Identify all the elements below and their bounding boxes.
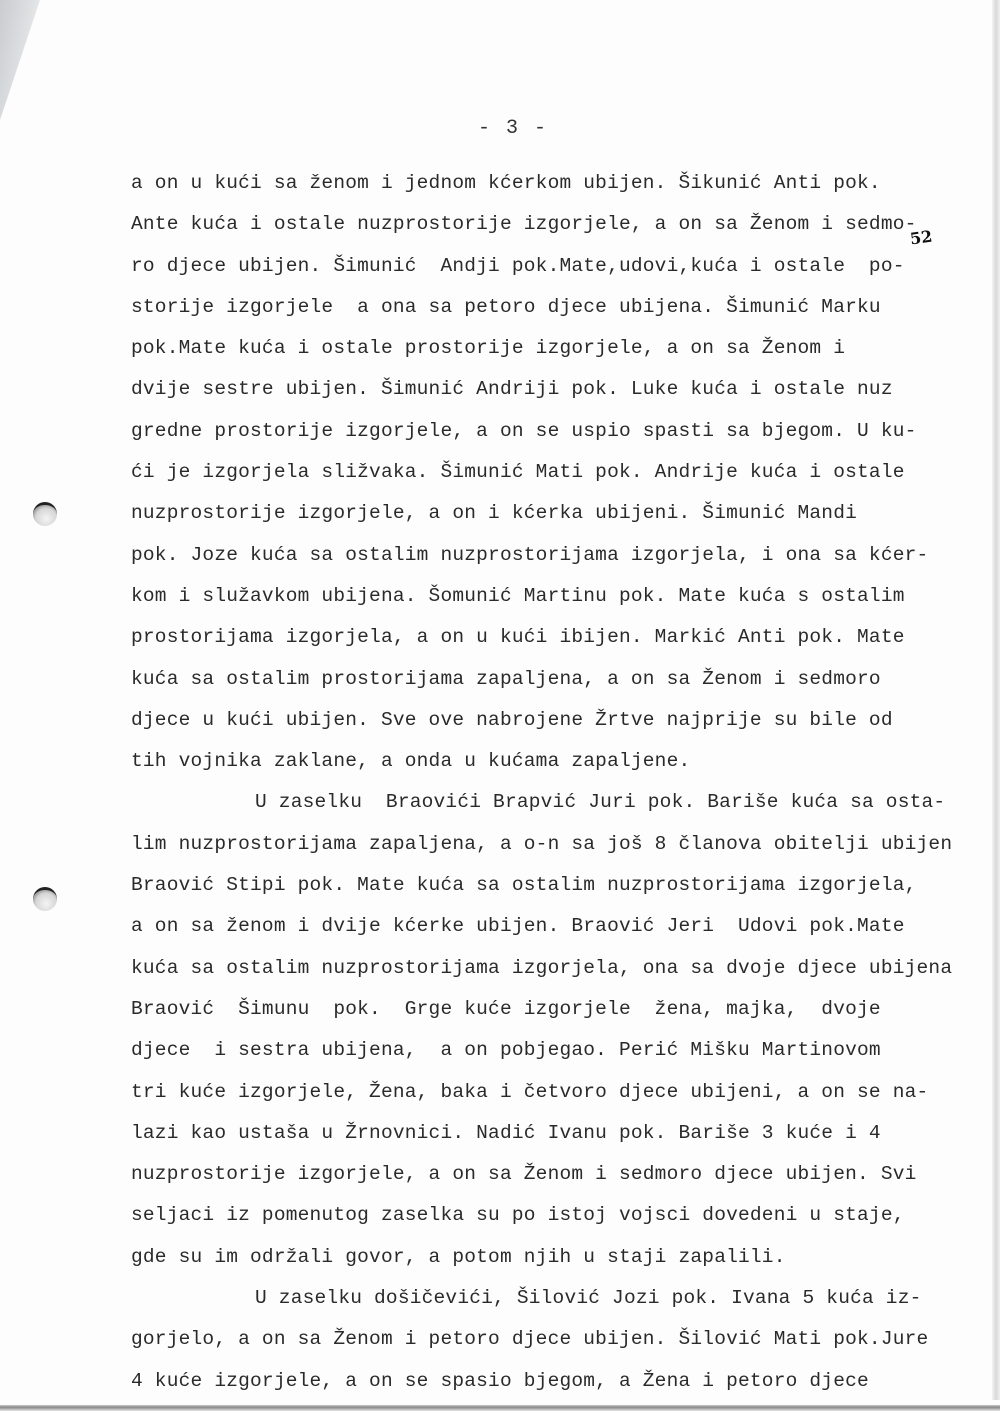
text-line: gredne prostorije izgorjele, a on se usp… <box>131 411 991 452</box>
text-line: ro djece ubijen. Šimunić Andji pok.Mate,… <box>131 246 991 287</box>
text-line: dvije sestre ubijen. Šimunić Andriji pok… <box>131 369 991 410</box>
typewritten-body: a on u kući sa ženom i jednom kćerkom ub… <box>131 163 991 1402</box>
page-right-edge <box>992 0 1000 1400</box>
text-line: djece i sestra ubijena, a on pobjegao. P… <box>131 1030 991 1071</box>
text-line: ći je izgorjela sližvaka. Šimunić Mati p… <box>131 452 991 493</box>
text-line: 4 kuće izgorjele, a on se spasio bjegom,… <box>131 1361 991 1402</box>
text-line: U zaselku Braovići Brapvić Juri pok. Bar… <box>131 782 991 823</box>
text-line: kuća sa ostalim nuzprostorijama izgorjel… <box>131 948 991 989</box>
text-line: seljaci iz pomenutog zaselka su po istoj… <box>131 1195 991 1236</box>
text-line: kom i služavkom ubijena. Šomunić Martinu… <box>131 576 991 617</box>
text-line: a on u kući sa ženom i jednom kćerkom ub… <box>131 163 991 204</box>
text-line: gde su im održali govor, a potom njih u … <box>131 1237 991 1278</box>
text-line: Braović Stipi pok. Mate kuća sa ostalim … <box>131 865 991 906</box>
text-line: storije izgorjele a ona sa petoro djece … <box>131 287 991 328</box>
text-line: tri kuće izgorjele, Žena, baka i četvoro… <box>131 1072 991 1113</box>
text-line: djece u kući ubijen. Sve ove nabrojene Ž… <box>131 700 991 741</box>
text-line: lazi kao ustaša u Žrnovnici. Nadić Ivanu… <box>131 1113 991 1154</box>
text-line: Ante kuća i ostale nuzprostorije izgorje… <box>131 204 991 245</box>
text-line: prostorijama izgorjela, a on u kući ibij… <box>131 617 991 658</box>
text-line: nuzprostorije izgorjele, a on i kćerka u… <box>131 493 991 534</box>
text-line: pok.Mate kuća i ostale prostorije izgorj… <box>131 328 991 369</box>
punch-hole-icon <box>33 502 57 526</box>
text-line: gorjelo, a on sa Ženom i petoro djece ub… <box>131 1319 991 1360</box>
folded-corner-shadow <box>0 0 40 120</box>
text-line: lim nuzprostorijama zapaljena, a o-n sa … <box>131 824 991 865</box>
punch-hole-icon <box>33 887 57 911</box>
page-bottom-edge <box>0 1405 1000 1411</box>
document-page: - 3 - 52 a on u kući sa ženom i jednom k… <box>0 0 1000 1411</box>
text-line: pok. Joze kuća sa ostalim nuzprostorijam… <box>131 535 991 576</box>
text-line: a on sa ženom i dvije kćerke ubijen. Bra… <box>131 906 991 947</box>
text-line: Braović Šimunu pok. Grge kuće izgorjele … <box>131 989 991 1030</box>
page-number: - 3 - <box>478 117 548 140</box>
text-line: nuzprostorije izgorjele, a on sa Ženom i… <box>131 1154 991 1195</box>
text-line: U zaselku došičevići, Šilović Jozi pok. … <box>131 1278 991 1319</box>
text-line: kuća sa ostalim prostorijama zapaljena, … <box>131 659 991 700</box>
text-line: tih vojnika zaklane, a onda u kućama zap… <box>131 741 991 782</box>
